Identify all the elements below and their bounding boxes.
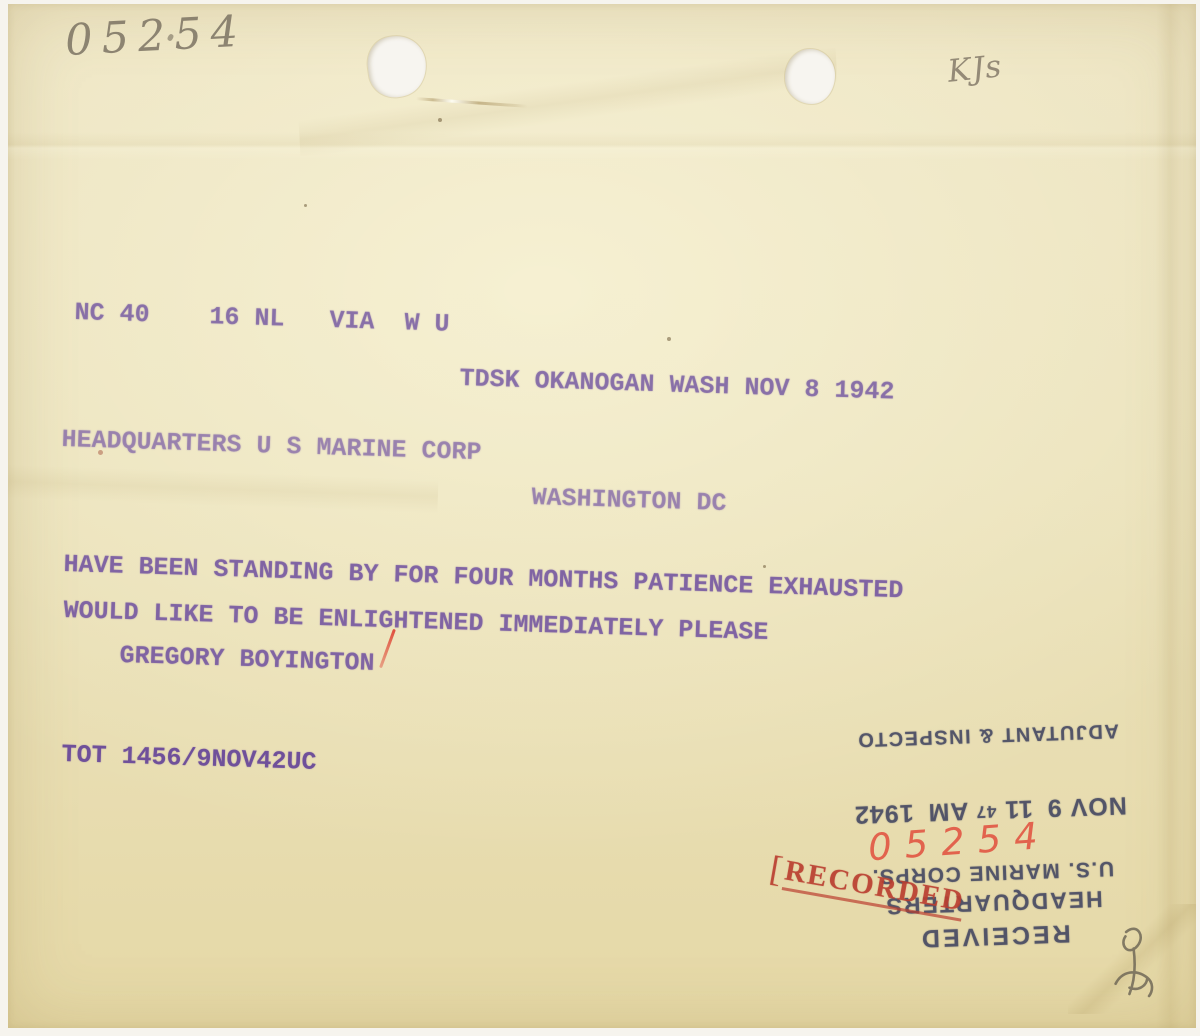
punch-hole-left <box>364 32 430 100</box>
paper-speck <box>438 118 442 122</box>
telegram-addressee-line1: HEADQUARTERS U S MARINE CORP <box>61 425 482 467</box>
telegram-body-line1: HAVE BEEN STANDING BY FOR FOUR MONTHS PA… <box>63 550 904 605</box>
handwritten-initials-icon <box>1091 918 1172 1022</box>
paper-speck <box>304 204 307 207</box>
pencil-initials: KJs <box>946 48 1004 89</box>
pencil-file-number: 05254 <box>64 6 248 65</box>
telegram-tot-line: TOT 1456/9NOV42UC <box>61 740 317 777</box>
telegram-routing-line: NC 40 16 NL VIA W U <box>74 298 450 339</box>
telegram-signature: GREGORY BOYINGTON <box>119 641 375 678</box>
telegram-body-line2: WOULD LIKE TO BE ENLIGHTENED IMMEDIATELY… <box>63 596 769 647</box>
paper-crease <box>1156 4 1182 1028</box>
telegram-dateline: TDSK OKANOGAN WASH NOV 8 1942 <box>459 364 895 407</box>
stamp-date: NOV 9 <box>1046 791 1127 822</box>
paper-crease <box>8 465 439 514</box>
paper-speck <box>667 337 671 341</box>
paper-tear <box>416 97 528 108</box>
paper-speck <box>763 565 766 568</box>
telegram-addressee-line2: WASHINGTON DC <box>531 483 727 518</box>
stamp-adjutant-label: ADJUTANT & INSPECTO <box>831 715 1144 756</box>
scanned-telegram-page: 05254 KJs NC 40 16 NL VIA W U TDSK OKANO… <box>0 0 1200 1036</box>
punch-hole-right <box>785 49 835 104</box>
paper-crease <box>8 132 1196 160</box>
telegram-paper: 05254 KJs NC 40 16 NL VIA W U TDSK OKANO… <box>8 4 1196 1028</box>
